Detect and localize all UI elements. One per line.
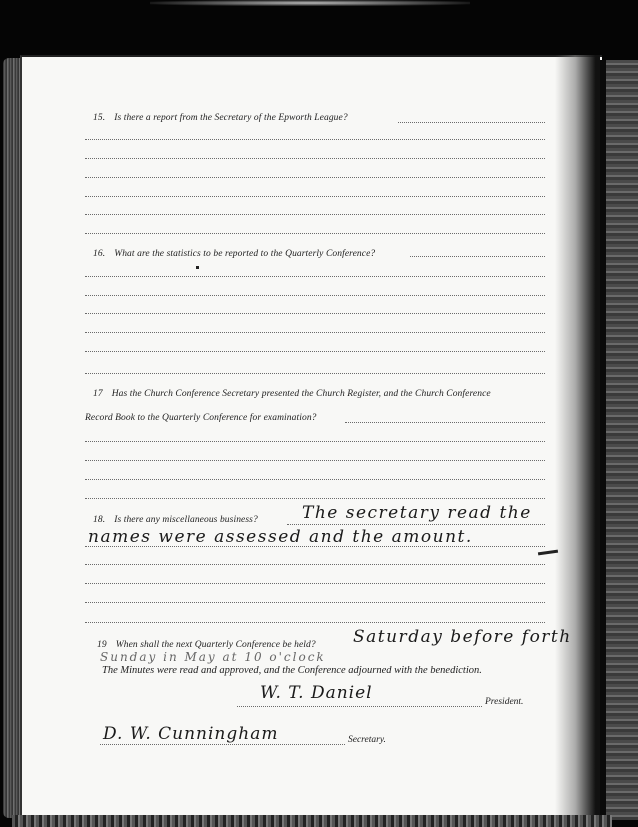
question-text: Is there any miscellaneous business? bbox=[114, 515, 258, 525]
answer-line bbox=[85, 564, 545, 565]
question-number: 18. bbox=[93, 515, 105, 525]
answer-line bbox=[85, 373, 545, 374]
president-signature-line bbox=[237, 706, 482, 707]
question-text: What are the statistics to be reported t… bbox=[114, 249, 375, 259]
question-16: 16.What are the statistics to be reporte… bbox=[93, 249, 375, 259]
answer-line bbox=[85, 583, 545, 584]
answer-line bbox=[85, 622, 545, 623]
answer-line bbox=[345, 422, 545, 423]
answer-line bbox=[85, 276, 545, 277]
secretary-signature: D. W. Cunningham bbox=[103, 724, 278, 744]
answer-line bbox=[85, 295, 545, 296]
book-gutter-shadow bbox=[555, 55, 600, 817]
president-label: President. bbox=[485, 697, 523, 707]
closing-statement: The Minutes were read and approved, and … bbox=[102, 665, 482, 676]
handwritten-answer-19-line2: Sunday in May at 10 o'clock bbox=[100, 650, 326, 664]
answer-line bbox=[85, 139, 545, 140]
book-bottom-edge bbox=[12, 815, 612, 827]
answer-line bbox=[410, 256, 545, 257]
handwritten-answer-19-line1: Saturday before forth bbox=[353, 627, 572, 647]
question-17-continued: Record Book to the Quarterly Conference … bbox=[85, 413, 317, 423]
secretary-signature-line bbox=[100, 744, 345, 745]
answer-line bbox=[85, 313, 545, 314]
question-text: When shall the next Quarterly Conference… bbox=[116, 640, 316, 650]
handwritten-answer-18-line2: names were assessed and the amount. bbox=[88, 527, 473, 547]
answer-line bbox=[85, 196, 545, 197]
answer-line bbox=[85, 498, 545, 499]
question-text-line1: Has the Church Conference Secretary pres… bbox=[112, 389, 491, 399]
question-text: Is there a report from the Secretary of … bbox=[114, 113, 348, 123]
answer-line bbox=[85, 351, 545, 352]
answer-line bbox=[85, 460, 545, 461]
answer-line bbox=[85, 158, 545, 159]
question-number: 19 bbox=[97, 640, 107, 650]
answer-line bbox=[85, 214, 545, 215]
question-number: 16. bbox=[93, 249, 105, 259]
question-15: 15.Is there a report from the Secretary … bbox=[93, 113, 348, 123]
question-18: 18.Is there any miscellaneous business? bbox=[93, 515, 258, 525]
ink-speck bbox=[196, 266, 199, 269]
answer-line bbox=[398, 122, 545, 123]
answer-line bbox=[85, 233, 545, 234]
question-17: 17Has the Church Conference Secretary pr… bbox=[93, 389, 491, 399]
book-spine-right bbox=[600, 60, 638, 820]
answer-line bbox=[85, 177, 545, 178]
question-text-line2: Record Book to the Quarterly Conference … bbox=[85, 413, 317, 423]
answer-line bbox=[287, 524, 545, 525]
president-signature: W. T. Daniel bbox=[260, 683, 373, 703]
answer-line bbox=[85, 602, 545, 603]
scan-top-glow bbox=[150, 0, 470, 6]
handwritten-answer-18-line1: The secretary read the bbox=[302, 503, 532, 523]
answer-line bbox=[85, 332, 545, 333]
question-number: 17 bbox=[93, 389, 103, 399]
question-number: 15. bbox=[93, 113, 105, 123]
question-19: 19When shall the next Quarterly Conferen… bbox=[97, 640, 316, 650]
secretary-label: Secretary. bbox=[348, 735, 386, 745]
answer-line bbox=[85, 441, 545, 442]
answer-line bbox=[85, 546, 545, 547]
answer-line bbox=[85, 479, 545, 480]
